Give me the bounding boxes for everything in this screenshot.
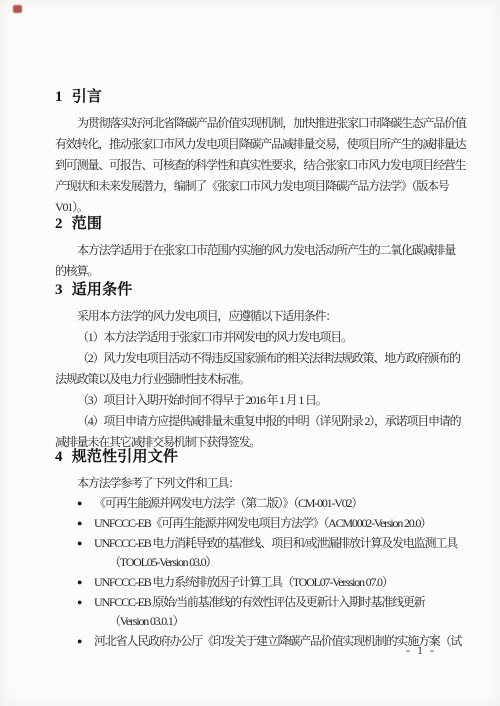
text-line: 法规政策以及电力行业强制性技术标准。 — [55, 369, 455, 390]
text-line: 为贯彻落实好河北省降碳产品价值实现机制，加快推进张家口市降碳生态产品价值 — [55, 113, 455, 134]
reference-item: ●UNFCCC-EB 电力系统排放因子计算工具（TOOL07-Verssion … — [77, 572, 455, 592]
text-line: ●UNFCCC-EB 电力消耗导致的基准线、项目和/或泄漏排放计算及发电监测工具 — [77, 533, 455, 553]
text-line: （2）风力发电项目活动不得违反国家颁布的相关法律法规政策、地方政府颁布的 — [55, 348, 455, 369]
section-title: 范围 — [72, 216, 102, 232]
bullet-icon: ● — [77, 493, 94, 513]
section-number: 3 — [55, 282, 63, 298]
section-heading: 4规范性引用文件 — [55, 448, 455, 466]
reference-item: ●UNFCCC-EB《可再生能源并网发电项目方法学》（ACM0002-Versi… — [77, 513, 455, 533]
reference-item: ●《可再生能源并网发电方法学（第二版）》（CM-001-V02） — [77, 493, 455, 513]
bullet-icon: ● — [77, 513, 94, 533]
red-ink-mark — [13, 5, 22, 13]
section-heading: 3适用条件 — [55, 281, 455, 299]
reference-text: UNFCCC-EB 电力系统排放因子计算工具（TOOL07-Verssion 0… — [94, 575, 393, 589]
section-heading: 1引言 — [55, 88, 455, 106]
reference-text: UNFCCC-EB 电力消耗导致的基准线、项目和/或泄漏排放计算及发电监测工具 — [94, 536, 457, 550]
text-line: 本方法学适用于在张家口市范围内实施的风力发电活动所产生的二氧化碳减排量 — [55, 240, 455, 261]
bullet-icon: ● — [77, 592, 94, 612]
document-page: 1引言 为贯彻落实好河北省降碳产品价值实现机制，加快推进张家口市降碳生态产品价值… — [0, 0, 500, 706]
text-line: 本方法学参考了下列文件和工具： — [55, 473, 455, 493]
text-line: 到可测量、可报告、可核查的科学性和真实性要求，结合张家口市风力发电项目经营生 — [55, 155, 455, 176]
text-line: 产现状和未来发展潜力，编制了《张家口市风力发电项目降碳产品方法学》（版本号 — [55, 176, 455, 197]
text-line: ●《可再生能源并网发电方法学（第二版）》（CM-001-V02） — [77, 493, 455, 513]
text-line: ●UNFCCC-EB《可再生能源并网发电项目方法学》（ACM0002-Versi… — [77, 513, 455, 533]
text-line: 有效转化，推动张家口市风力发电项目降碳产品减排量交易，使项目所产生的减排量达 — [55, 134, 455, 155]
reference-item: ●河北省人民政府办公厅《印发关于建立降碳产品价值实现机制的实施方案（试 — [77, 631, 455, 651]
text-line: ●河北省人民政府办公厅《印发关于建立降碳产品价值实现机制的实施方案（试 — [77, 631, 455, 651]
bullet-icon: ● — [77, 533, 94, 553]
section-number: 2 — [55, 216, 63, 232]
section-title: 引言 — [72, 89, 102, 105]
text-line: （1）本方法学适用于张家口市并网发电的风力发电项目。 — [55, 327, 455, 348]
text-line: （4）项目申请方应提供减排量未重复申报的申明（详见附录 2），承诺项目申请的 — [55, 411, 455, 432]
section-normative-references: 4规范性引用文件 本方法学参考了下列文件和工具： ●《可再生能源并网发电方法学（… — [55, 448, 455, 651]
section-number: 4 — [55, 449, 63, 465]
section-heading: 2范围 — [55, 215, 455, 233]
text-line: （TOOL05-Version 03.0） — [77, 553, 455, 572]
section-applicability: 3适用条件 采用本方法学的风力发电项目，应遵循以下适用条件： （1）本方法学适用… — [55, 281, 455, 453]
section-number: 1 — [55, 89, 63, 105]
section-introduction: 1引言 为贯彻落实好河北省降碳产品价值实现机制，加快推进张家口市降碳生态产品价值… — [55, 88, 455, 218]
bullet-icon: ● — [77, 572, 94, 592]
section-title: 适用条件 — [72, 282, 133, 298]
reference-text: UNFCCC-EB《可再生能源并网发电项目方法学》（ACM0002-Versio… — [94, 516, 431, 530]
reference-text: 《可再生能源并网发电方法学（第二版）》（CM-001-V02） — [94, 496, 362, 510]
section-scope: 2范围 本方法学适用于在张家口市范围内实施的风力发电活动所产生的二氧化碳减排量 … — [55, 215, 455, 282]
text-line: ●UNFCCC-EB 原始/当前基准线的有效性评估及更新计入期时基准线更新 — [77, 592, 455, 612]
reference-item: ●UNFCCC-EB 原始/当前基准线的有效性评估及更新计入期时基准线更新 （V… — [77, 592, 455, 631]
bullet-icon: ● — [77, 631, 94, 651]
text-line: 采用本方法学的风力发电项目，应遵循以下适用条件： — [55, 306, 455, 327]
text-line: ●UNFCCC-EB 电力系统排放因子计算工具（TOOL07-Verssion … — [77, 572, 455, 592]
text-line: （3）项目计入期开始时间不得早于 2016 年 1 月 1 日。 — [55, 390, 455, 411]
section-title: 规范性引用文件 — [72, 449, 178, 465]
page-number: - 1 - — [406, 643, 436, 658]
text-line: 的核算。 — [55, 261, 455, 282]
reference-item: ●UNFCCC-EB 电力消耗导致的基准线、项目和/或泄漏排放计算及发电监测工具… — [77, 533, 455, 572]
text-line: （Version 03.0.1） — [77, 612, 455, 631]
reference-text: UNFCCC-EB 原始/当前基准线的有效性评估及更新计入期时基准线更新 — [94, 595, 424, 609]
